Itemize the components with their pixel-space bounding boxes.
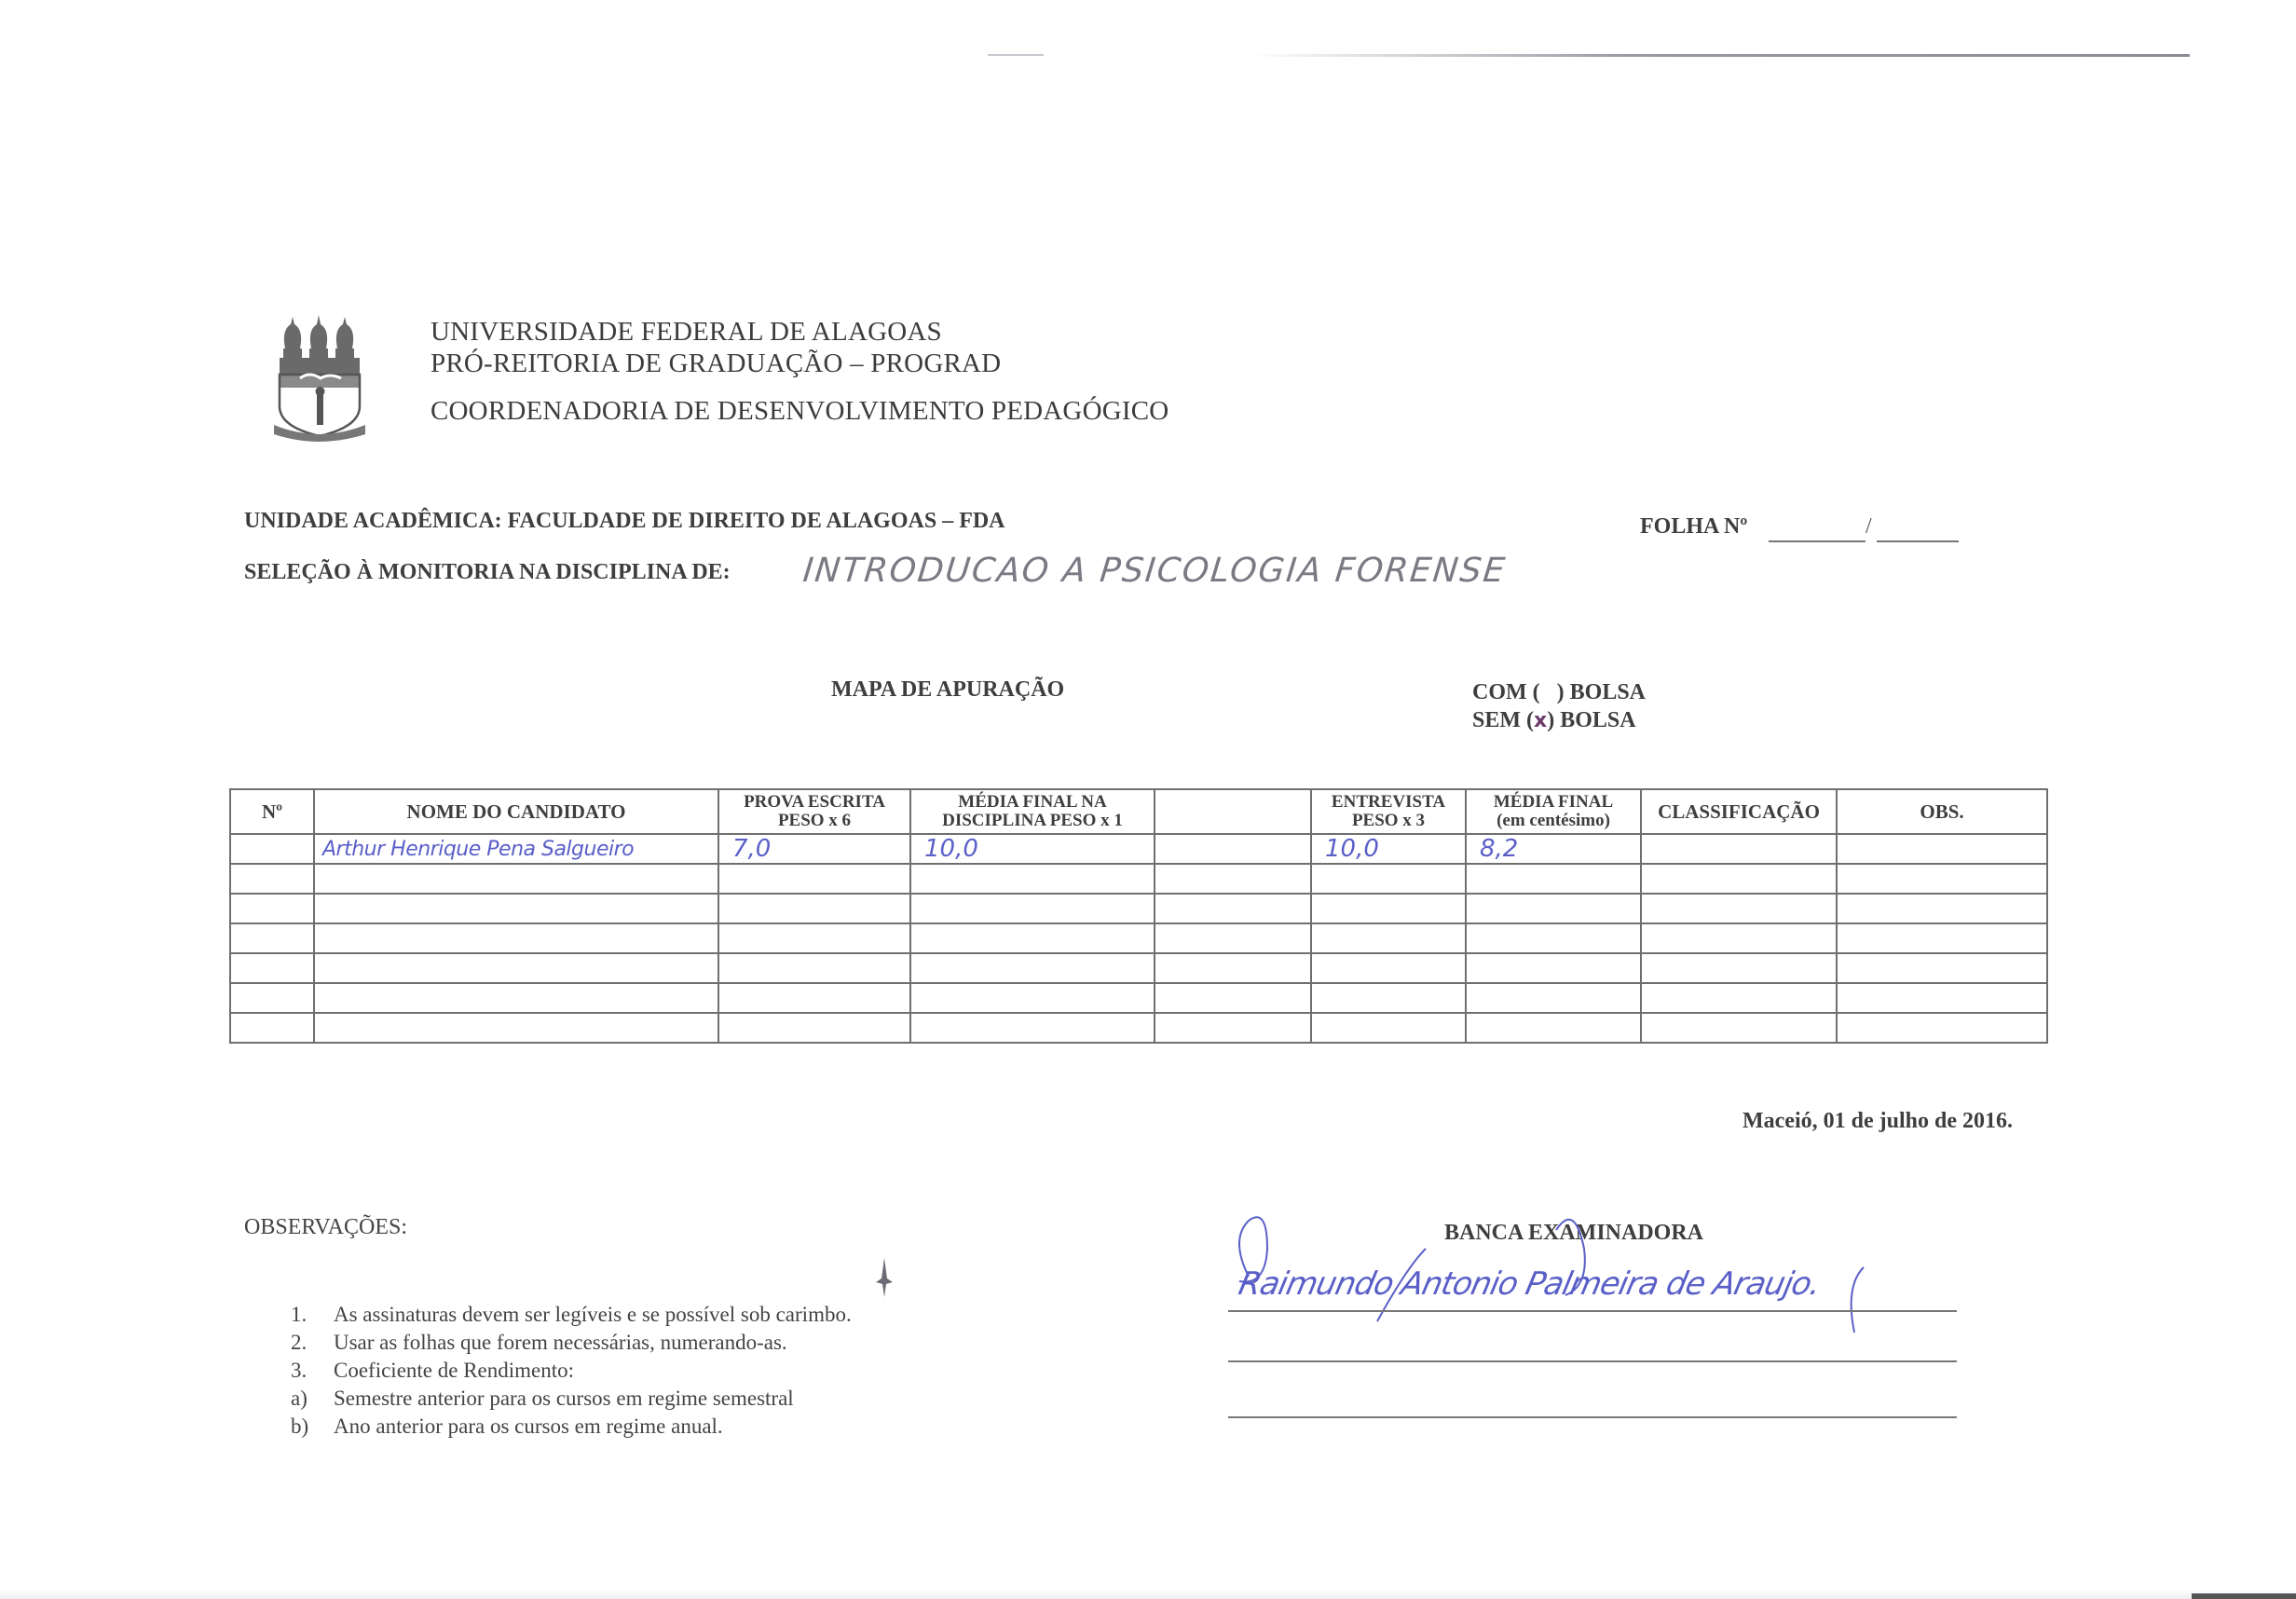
table-cell[interactable]: [1311, 1013, 1466, 1043]
table-cell[interactable]: [718, 953, 910, 983]
list-item: b)Ano anterior para os cursos em regime …: [291, 1413, 852, 1441]
table-cell[interactable]: [1837, 894, 2047, 923]
table-cell[interactable]: [1311, 923, 1466, 953]
column-header: [1155, 789, 1311, 834]
column-header-line1: OBS.: [1838, 802, 2046, 821]
table-cell[interactable]: [230, 983, 314, 1013]
signature-line-2[interactable]: [1228, 1360, 1957, 1362]
column-header: PROVA ESCRITAPESO x 6: [718, 789, 910, 834]
column-header-line2: DISCIPLINA PESO x 1: [911, 812, 1154, 830]
column-header-line2: PESO x 6: [719, 812, 909, 830]
table-cell[interactable]: [718, 894, 910, 923]
com-bolsa-label-post: ) BOLSA: [1557, 680, 1646, 704]
table-cell[interactable]: [1466, 923, 1641, 953]
scan-artifact-corner: [2192, 1593, 2296, 1599]
table-cell[interactable]: [1311, 864, 1466, 894]
table-cell[interactable]: [1837, 864, 2047, 894]
signature-line-3[interactable]: [1228, 1416, 1957, 1418]
scan-artifact-edge: [1249, 54, 2190, 57]
table-cell[interactable]: [1155, 983, 1311, 1013]
table-cell[interactable]: [230, 864, 314, 894]
column-header-line2: (em centésimo): [1467, 812, 1640, 830]
sem-bolsa-checkbox[interactable]: x: [1534, 709, 1547, 732]
folha-separator: /: [1865, 514, 1872, 540]
table-cell[interactable]: [1466, 864, 1641, 894]
list-marker: 2.: [291, 1329, 334, 1357]
table-cell[interactable]: [1466, 1013, 1641, 1043]
column-header-line1: PROVA ESCRITA: [719, 793, 909, 812]
ink-smudge-icon: [876, 1258, 893, 1297]
table-cell[interactable]: [910, 864, 1155, 894]
folha-number-label: FOLHA Nº: [1640, 514, 1747, 540]
list-text: Coeficiente de Rendimento:: [334, 1357, 574, 1385]
column-header-line1: Nº: [231, 802, 313, 821]
column-header: CLASSIFICAÇÃO: [1641, 789, 1837, 834]
table-cell[interactable]: [1837, 983, 2047, 1013]
table-row: [230, 1013, 2047, 1043]
disciplina-handwritten-field[interactable]: INTRODUCAO A PSICOLOGIA FORENSE: [801, 552, 1509, 590]
sem-bolsa-option[interactable]: SEM (x) BOLSA: [1472, 708, 1636, 733]
mapa-apuracao-title: MAPA DE APURAÇÃO: [831, 677, 1064, 703]
university-crest-icon: [272, 313, 376, 442]
table-row: [230, 894, 2047, 923]
table-cell[interactable]: 10,0: [1311, 834, 1466, 864]
table-cell[interactable]: [1837, 1013, 2047, 1043]
table-cell[interactable]: [1641, 894, 1837, 923]
table-cell[interactable]: [1466, 953, 1641, 983]
column-header: NOME DO CANDIDATO: [314, 789, 718, 834]
table-cell[interactable]: [718, 923, 910, 953]
sem-bolsa-label-pre: SEM (: [1472, 708, 1534, 732]
table-cell[interactable]: [1155, 864, 1311, 894]
list-marker: a): [291, 1385, 334, 1413]
signature-flourish-icon: [1211, 1211, 1966, 1342]
table-cell[interactable]: 10,0: [910, 834, 1155, 864]
table-cell[interactable]: [1311, 983, 1466, 1013]
table-cell[interactable]: [1155, 1013, 1311, 1043]
table-cell[interactable]: [1837, 953, 2047, 983]
table-row: [230, 953, 2047, 983]
table-cell[interactable]: [1641, 834, 1837, 864]
list-text: Semestre anterior para os cursos em regi…: [334, 1385, 794, 1413]
table-cell[interactable]: 7,0: [718, 834, 910, 864]
com-bolsa-label-pre: COM (: [1472, 680, 1540, 704]
table-cell[interactable]: [1837, 923, 2047, 953]
table-cell[interactable]: [910, 1013, 1155, 1043]
table-row: Arthur Henrique Pena Salgueiro7,010,010,…: [230, 834, 2047, 864]
mapa-apuracao-table: NºNOME DO CANDIDATOPROVA ESCRITAPESO x 6…: [229, 788, 2048, 1044]
table-cell[interactable]: [1466, 894, 1641, 923]
table-cell[interactable]: [230, 834, 314, 864]
table-cell[interactable]: [1155, 834, 1311, 864]
institution-name: UNIVERSIDADE FEDERAL DE ALAGOAS: [430, 317, 942, 348]
column-header: MÉDIA FINAL NADISCIPLINA PESO x 1: [910, 789, 1155, 834]
table-row: [230, 923, 2047, 953]
list-item: 1.As assinaturas devem ser legíveis e se…: [291, 1301, 852, 1329]
scan-artifact-bottom: [0, 1590, 2296, 1599]
column-header-line1: NOME DO CANDIDATO: [315, 802, 717, 821]
signature-line-1[interactable]: [1228, 1310, 1957, 1312]
table-cell[interactable]: [1155, 894, 1311, 923]
table-cell[interactable]: 8,2: [1466, 834, 1641, 864]
list-item: 2.Usar as folhas que forem necessárias, …: [291, 1329, 852, 1357]
column-header-line2: PESO x 3: [1312, 812, 1465, 830]
observacoes-list: 1.As assinaturas devem ser legíveis e se…: [291, 1301, 852, 1441]
table-cell[interactable]: [230, 1013, 314, 1043]
column-header-line1: MÉDIA FINAL: [1467, 793, 1640, 812]
table-cell[interactable]: [314, 1013, 718, 1043]
observacoes-title: OBSERVAÇÕES:: [244, 1215, 407, 1240]
list-item: 3.Coeficiente de Rendimento:: [291, 1357, 852, 1385]
folha-total-field[interactable]: [1877, 540, 1959, 542]
column-header: ENTREVISTAPESO x 3: [1311, 789, 1466, 834]
column-header: MÉDIA FINAL(em centésimo): [1466, 789, 1641, 834]
table-cell[interactable]: [910, 894, 1155, 923]
column-header-line1: ENTREVISTA: [1312, 793, 1465, 812]
table-cell[interactable]: [314, 923, 718, 953]
table-cell[interactable]: [314, 953, 718, 983]
column-header: Nº: [230, 789, 314, 834]
table-cell[interactable]: [910, 923, 1155, 953]
column-header-line1: MÉDIA FINAL NA: [911, 793, 1154, 812]
table-cell[interactable]: [314, 983, 718, 1013]
table-row: [230, 864, 2047, 894]
table-cell[interactable]: [910, 983, 1155, 1013]
table-cell[interactable]: [314, 864, 718, 894]
com-bolsa-option[interactable]: COM ( ) BOLSA: [1472, 680, 1646, 705]
selecao-disciplina-label: SELEÇÃO À MONITORIA NA DISCIPLINA DE:: [244, 560, 731, 585]
table-cell[interactable]: [1641, 953, 1837, 983]
list-text: As assinaturas devem ser legíveis e se p…: [334, 1301, 852, 1329]
table-cell[interactable]: [1641, 923, 1837, 953]
table-cell[interactable]: [230, 923, 314, 953]
folha-number-field[interactable]: [1769, 540, 1865, 542]
scan-artifact-line: [988, 54, 1044, 56]
list-text: Ano anterior para os cursos em regime an…: [334, 1413, 723, 1441]
table-header-row: NºNOME DO CANDIDATOPROVA ESCRITAPESO x 6…: [230, 789, 2047, 834]
table-cell[interactable]: [718, 983, 910, 1013]
table-cell[interactable]: [1641, 983, 1837, 1013]
unidade-academica-label: UNIDADE ACADÊMICA: FACULDADE DE DIREITO …: [244, 509, 1005, 534]
table-cell[interactable]: [1311, 953, 1466, 983]
table-cell[interactable]: [718, 1013, 910, 1043]
table-cell[interactable]: [1466, 983, 1641, 1013]
table-cell[interactable]: [718, 864, 910, 894]
table-cell[interactable]: [910, 953, 1155, 983]
table-cell[interactable]: [1837, 834, 2047, 864]
date-location: Maceió, 01 de julho de 2016.: [1742, 1109, 2013, 1134]
column-header: OBS.: [1837, 789, 2047, 834]
table-cell[interactable]: [1641, 864, 1837, 894]
list-item: a)Semestre anterior para os cursos em re…: [291, 1385, 852, 1413]
table-cell[interactable]: [1311, 894, 1466, 923]
pro-reitoria-name: PRÓ-REITORIA DE GRADUAÇÃO – PROGRAD: [430, 348, 1001, 379]
list-text: Usar as folhas que forem necessárias, nu…: [334, 1329, 787, 1357]
column-header-line1: CLASSIFICAÇÃO: [1642, 802, 1836, 821]
table-row: [230, 983, 2047, 1013]
table-cell[interactable]: [230, 894, 314, 923]
table-cell[interactable]: [1155, 953, 1311, 983]
table-cell[interactable]: [1155, 923, 1311, 953]
list-marker: 1.: [291, 1301, 334, 1329]
coordenadoria-name: COORDENADORIA DE DESENVOLVIMENTO PEDAGÓG…: [430, 396, 1168, 427]
table-cell[interactable]: Arthur Henrique Pena Salgueiro: [314, 834, 718, 864]
table-cell[interactable]: [230, 953, 314, 983]
folha-label: FOLHA Nº: [1640, 514, 1747, 539]
table-cell[interactable]: [314, 894, 718, 923]
sem-bolsa-label-post: ) BOLSA: [1547, 708, 1635, 732]
table-cell[interactable]: [1641, 1013, 1837, 1043]
list-marker: b): [291, 1413, 334, 1441]
table-body: Arthur Henrique Pena Salgueiro7,010,010,…: [230, 834, 2047, 1043]
list-marker: 3.: [291, 1357, 334, 1385]
